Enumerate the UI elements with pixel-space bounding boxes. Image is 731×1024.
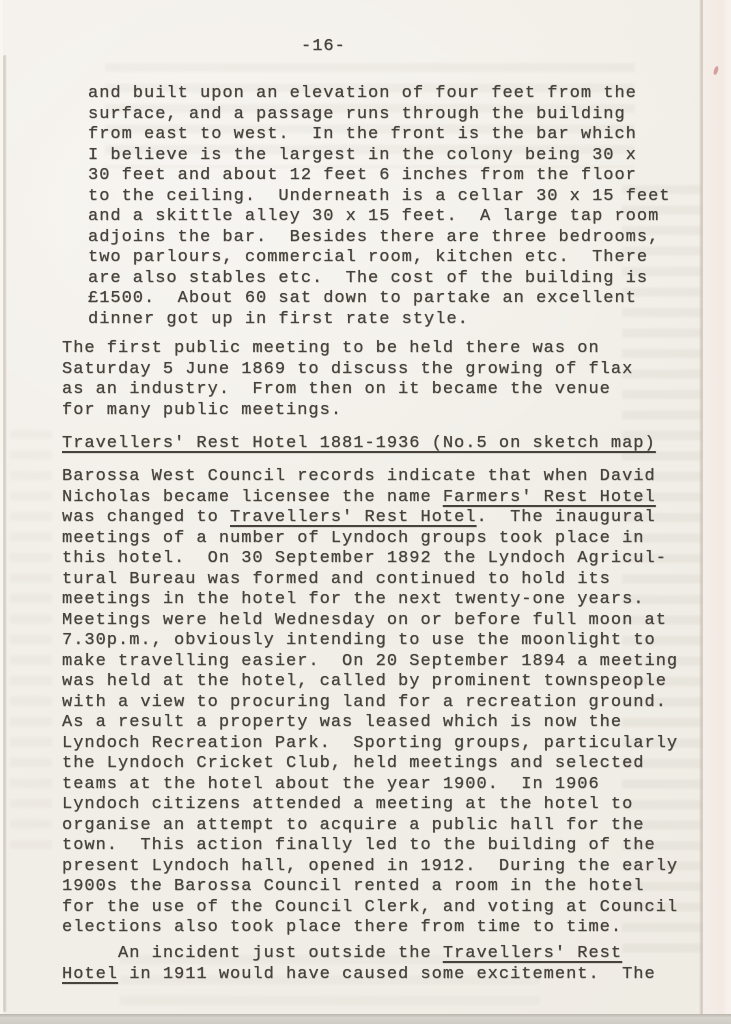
quoted-hotel-description-block: and built upon an elevation of four feet…	[88, 84, 671, 330]
section-heading-text: Travellers' Rest Hotel 1881-1936 (No.5 o…	[62, 434, 656, 453]
section-heading-travellers-rest-hotel: Travellers' Rest Hotel 1881-1936 (No.5 o…	[62, 434, 656, 455]
ink-bleedthrough-left	[10, 430, 52, 860]
paragraph-hotel-history: Barossa West Council records indicate th…	[62, 467, 678, 939]
page-left-edge-line	[3, 55, 7, 1012]
paragraph-incident-1911: An incident just outside the Travellers'…	[62, 944, 656, 985]
page-bottom-edge	[0, 1014, 731, 1024]
page-number: -16-	[301, 37, 346, 58]
page-right-edge-strip	[703, 0, 731, 1014]
paragraph-first-public-meeting: The first public meeting to be held ther…	[62, 339, 633, 421]
scanned-book-page: -16- and built upon an elevation of four…	[0, 0, 731, 1024]
